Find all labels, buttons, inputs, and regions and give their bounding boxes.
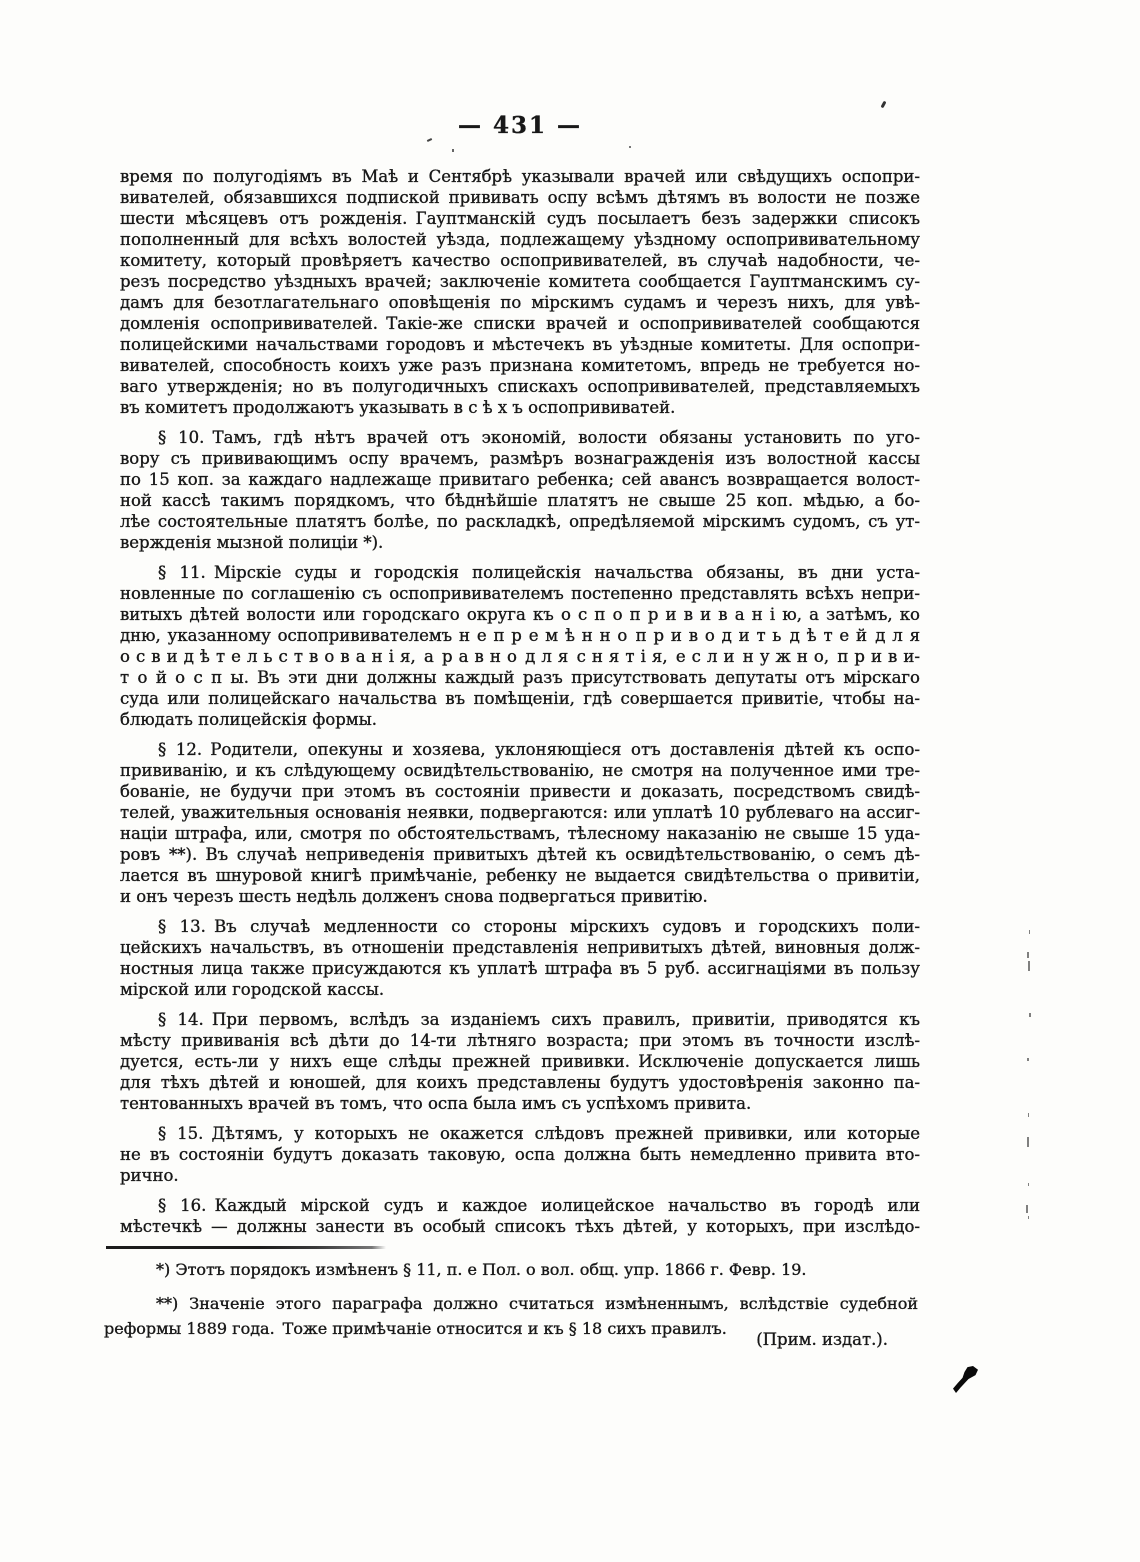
text-line: пополненный для всѣхъ волостей уѣзда, по… (120, 229, 920, 250)
text-line: вивателей, способность коихъ уже разъ пр… (120, 355, 920, 376)
paragraph: § 13. Въ случаѣ медленности со стороны м… (120, 916, 920, 1000)
paragraph: § 15. Дѣтямъ, у которыхъ не окажется слѣ… (120, 1123, 920, 1186)
footnote-separator (106, 1246, 386, 1249)
page-number: — 431 — (120, 112, 920, 139)
paragraph: *) Этотъ порядокъ измѣненъ § 11, п. е По… (104, 1257, 918, 1282)
scan-speck (1029, 930, 1030, 934)
text-line: ровъ **). Въ случаѣ неприведенія привиты… (120, 844, 920, 865)
text-line: тентованныхъ врачей въ томъ, что оспа бы… (120, 1093, 920, 1114)
text-line: бованіе, не будучи при этомъ въ состояні… (120, 781, 920, 802)
text-line: комитету, который провѣряетъ качество ос… (120, 250, 920, 271)
text-line: и онъ черезъ шесть недѣль долженъ снова … (120, 886, 920, 907)
text-line: рично. (120, 1165, 920, 1186)
text-line: новленные по соглашенію съ оспопрививате… (120, 583, 920, 604)
scan-speck (1028, 1216, 1029, 1219)
text-line: ваго утвержденія; но въ полугодичныхъ сп… (120, 376, 920, 397)
text-line: т о й о с п ы. Въ эти дни должны каждый … (120, 667, 920, 688)
text-line: лѣе состоятельные платятъ болѣе, по раск… (120, 511, 920, 532)
text-line: полицейскими начальствами городовъ и мѣс… (120, 334, 920, 355)
text-line: витыхъ дѣтей волости или городскаго окру… (120, 604, 920, 625)
scan-speck (452, 149, 454, 152)
text-line: § 13. Въ случаѣ медленности со стороны м… (120, 916, 920, 937)
text-line: дуется, есть-ли у нихъ еще слѣды прежней… (120, 1051, 920, 1072)
text-line: лается въ шнуровой книгѣ примѣчаніе, реб… (120, 865, 920, 886)
scan-speck (881, 101, 887, 109)
text-line: вору съ прививающимъ оспу врачемъ, размѣ… (120, 448, 920, 469)
text-line: блюдать полицейскія формы. (120, 709, 920, 730)
text-line: вивателей, обязавшихся подпиской привива… (120, 187, 920, 208)
text-line: мѣсту прививанія всѣ дѣти до 14-ти лѣтня… (120, 1030, 920, 1051)
scan-speck (1027, 952, 1029, 958)
paragraph: время по полугодіямъ въ Маѣ и Сентябрѣ у… (120, 166, 920, 418)
text-line: суда или полицейскаго начальства въ помѣ… (120, 688, 920, 709)
text-line: не въ состояніи будутъ доказать таковую,… (120, 1144, 920, 1165)
scan-speck (1027, 1058, 1029, 1061)
text-line: § 16. Каждый мірской судъ и каждое иолиц… (120, 1195, 920, 1216)
text-line: *) Этотъ порядокъ измѣненъ § 11, п. е По… (104, 1257, 918, 1282)
page-body: время по полугодіямъ въ Маѣ и Сентябрѣ у… (120, 166, 920, 1237)
text-line: шести мѣсяцевъ отъ рожденія. Гауптманскі… (120, 208, 920, 229)
text-line: § 11. Мірскіе суды и городскія полицейск… (120, 562, 920, 583)
text-line: для тѣхъ дѣтей и юношей, для коихъ предс… (120, 1072, 920, 1093)
footnotes: *) Этотъ порядокъ измѣненъ § 11, п. е По… (104, 1257, 918, 1341)
text-line: § 14. При первомъ, вслѣдъ за изданіемъ с… (120, 1009, 920, 1030)
text-line: дню, указанному оспопрививателемъ н е п … (120, 625, 920, 646)
text-line: резъ посредство уѣздныхъ врачей; заключе… (120, 271, 920, 292)
ink-smudge (953, 1366, 978, 1393)
text-line: время по полугодіямъ въ Маѣ и Сентябрѣ у… (120, 166, 920, 187)
text-line: § 12. Родители, опекуны и хозяева, уклон… (120, 739, 920, 760)
text-line: въ комитетъ продолжаютъ указывать в с ѣ … (120, 397, 920, 418)
paragraph: § 11. Мірскіе суды и городскія полицейск… (120, 562, 920, 730)
scan-speck (1028, 961, 1030, 971)
text-line: цейскихъ начальствъ, въ отношеніи предст… (120, 937, 920, 958)
scan-speck (1029, 1013, 1031, 1017)
text-line: по 15 коп. за каждаго надлежаще привитаг… (120, 469, 920, 490)
text-line: **) Значеніе этого параграфа должно счит… (104, 1291, 918, 1316)
text-line: телей, уважительныя основанія неявки, по… (120, 802, 920, 823)
text-line: § 15. Дѣтямъ, у которыхъ не окажется слѣ… (120, 1123, 920, 1144)
paragraph: § 10. Тамъ, гдѣ нѣтъ врачей отъ экономій… (120, 427, 920, 553)
scan-speck (1028, 1113, 1029, 1117)
text-line: домленія оспопрививателей. Такіе-же спис… (120, 313, 920, 334)
scan-speck (1027, 1137, 1029, 1147)
text-line: § 10. Тамъ, гдѣ нѣтъ врачей отъ экономій… (120, 427, 920, 448)
text-line: вержденія мызной полиціи *). (120, 532, 920, 553)
text-line: ностныя лица также присуждаются къ уплат… (120, 958, 920, 979)
scan-speck (629, 146, 631, 148)
text-line: о с в и д ѣ т е л ь с т в о в а н і я, а… (120, 646, 920, 667)
text-line: мѣстечкѣ — должны занести въ особый спис… (120, 1216, 920, 1237)
paragraph: § 12. Родители, опекуны и хозяева, уклон… (120, 739, 920, 907)
book-page: — 431 — время по полугодіямъ въ Маѣ и Се… (0, 0, 1140, 1562)
text-line: прививанію, и къ слѣдующему освидѣтельст… (120, 760, 920, 781)
paragraph: § 14. При первомъ, вслѣдъ за изданіемъ с… (120, 1009, 920, 1114)
paragraph: § 16. Каждый мірской судъ и каждое иолиц… (120, 1195, 920, 1237)
editor-note-signature: (Прим. издат.). (120, 1330, 888, 1349)
text-line: дамъ для безотлагательнаго оповѣщенія по… (120, 292, 920, 313)
scan-speck (427, 138, 432, 142)
text-line: ной кассѣ такимъ порядкомъ, что бѣднѣйші… (120, 490, 920, 511)
text-line: мірской или городской кассы. (120, 979, 920, 1000)
scan-speck (1028, 1183, 1029, 1186)
scan-speck (1026, 1205, 1028, 1213)
text-line: націи штрафа, или, смотря по обстоятельс… (120, 823, 920, 844)
